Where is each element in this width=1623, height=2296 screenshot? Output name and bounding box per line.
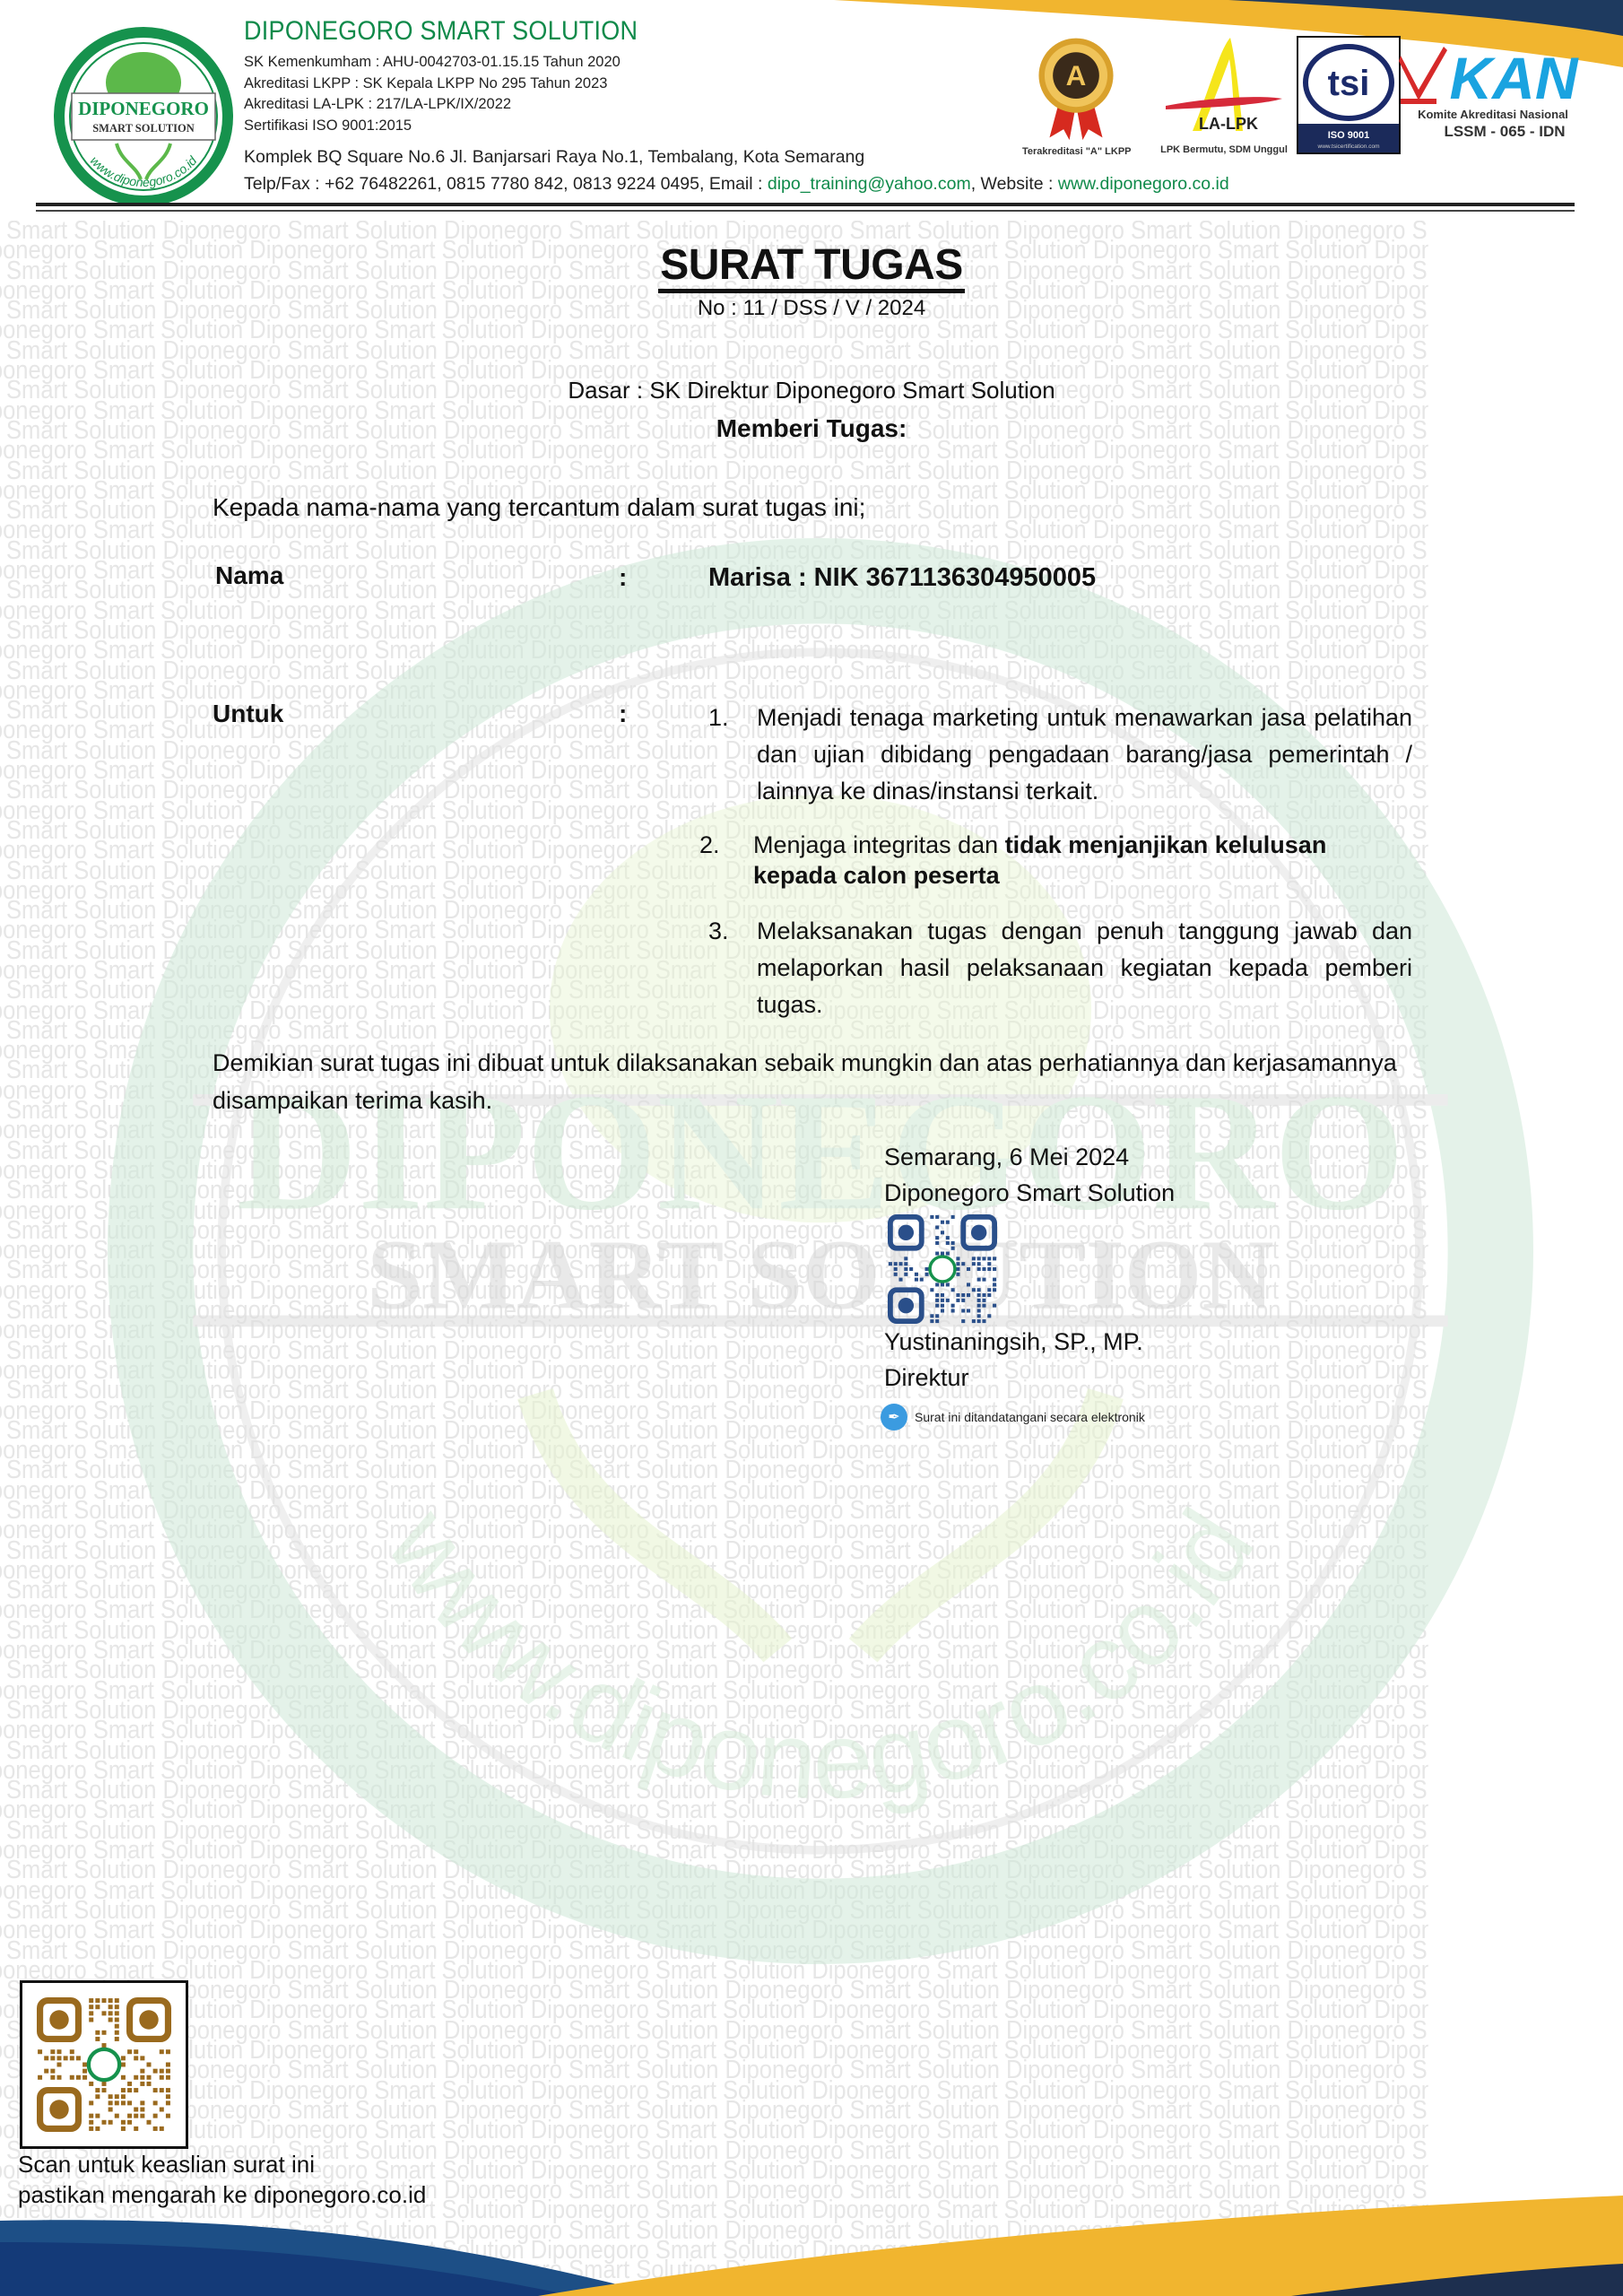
- task-item: 1. Menjadi tenaga marketing untuk menawa…: [708, 700, 1412, 810]
- pen-sign-icon: ✒: [881, 1404, 907, 1431]
- closing-paragraph: Demikian surat tugas ini dibuat untuk di…: [213, 1044, 1432, 1119]
- signer-name: Yustinaningsih, SP., MP.: [884, 1324, 1143, 1360]
- signer-title: Direktur: [884, 1360, 1143, 1396]
- assignment-heading: Memberi Tugas:: [0, 414, 1623, 443]
- place-date: Semarang, 6 Mei 2024: [884, 1139, 1175, 1175]
- assignee-name-value: Marisa : NIK 3671136304950005: [708, 563, 1096, 593]
- signature-qr-code[interactable]: [888, 1214, 997, 1324]
- purpose-colon: :: [619, 700, 627, 728]
- verification-qr-frame: [20, 1980, 188, 2149]
- task-number: 1.: [708, 700, 729, 736]
- task-text: Melaksanakan tugas dengan penuh tanggung…: [757, 913, 1412, 1023]
- name-label: Nama: [215, 561, 283, 590]
- task-item: 2. Menjaga integritas dan tidak menjanji…: [699, 830, 1403, 891]
- task-text: Menjaga integritas dan tidak menjanjikan…: [753, 830, 1403, 891]
- document-number: No : 11 / DSS / V / 2024: [0, 296, 1623, 321]
- electronic-signature-note: ✒ Surat ini ditandatangani secara elektr…: [881, 1404, 1145, 1431]
- task-number: 3.: [708, 913, 729, 950]
- signature-block: Semarang, 6 Mei 2024 Diponegoro Smart So…: [884, 1139, 1175, 1211]
- name-colon: :: [619, 563, 627, 592]
- purpose-label: Untuk: [213, 700, 283, 728]
- task-text: Menjadi tenaga marketing untuk menawarka…: [757, 700, 1412, 810]
- signer-block: Yustinaningsih, SP., MP. Direktur: [884, 1324, 1143, 1396]
- esign-text: Surat ini ditandatangani secara elektron…: [915, 1410, 1145, 1424]
- scan-instruction: Scan untuk keaslian surat ini pastikan m…: [18, 2149, 426, 2210]
- task-number: 2.: [699, 830, 720, 860]
- task-item: 3. Melaksanakan tugas dengan penuh tangg…: [708, 913, 1412, 1023]
- document-basis: Dasar : SK Direktur Diponegoro Smart Sol…: [0, 377, 1623, 404]
- intro-text: Kepada nama-nama yang tercantum dalam su…: [213, 493, 865, 522]
- verification-qr-code[interactable]: [37, 1997, 171, 2132]
- document-title: SURAT TUGAS: [0, 240, 1623, 290]
- letter-body: SURAT TUGAS No : 11 / DSS / V / 2024 Das…: [0, 0, 1623, 2296]
- signing-organization: Diponegoro Smart Solution: [884, 1175, 1175, 1211]
